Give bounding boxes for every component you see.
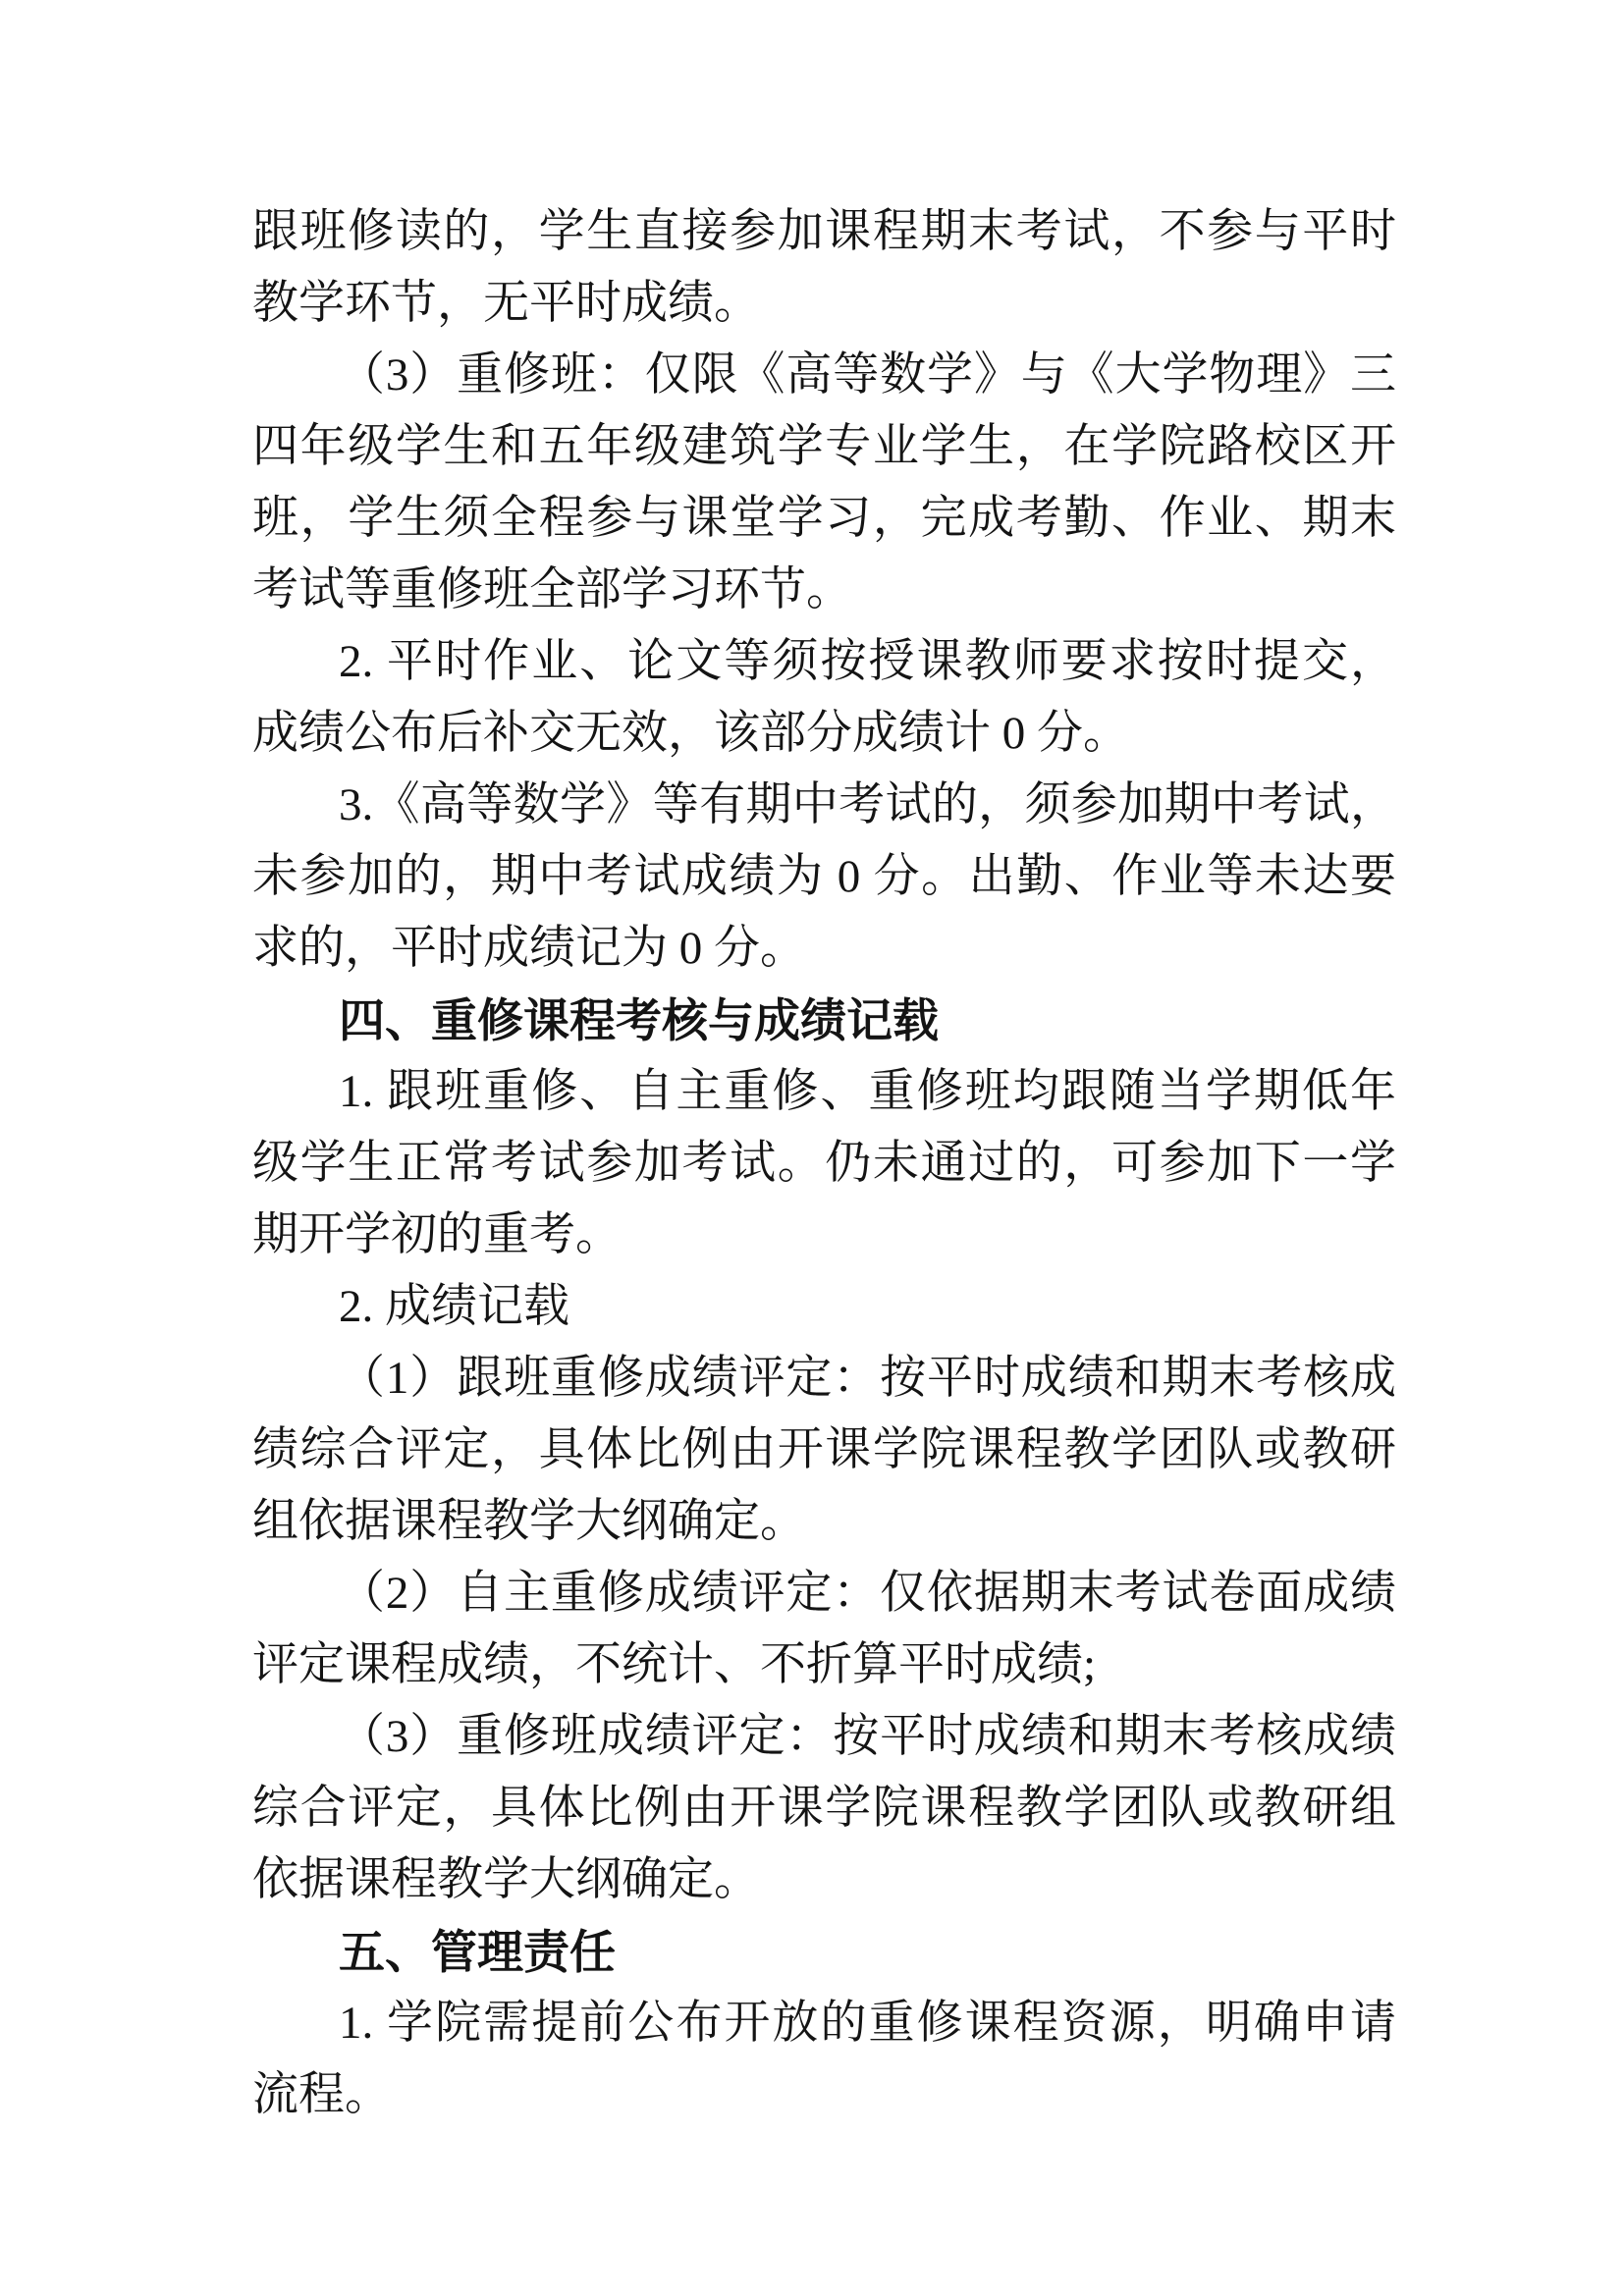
document-page: 跟班修读的，学生直接参加课程期末考试，不参与平时教学环节，无平时成绩。 （3）重… (0, 0, 1624, 2296)
paragraph-item-1-exam: 1. 跟班重修、自主重修、重修班均跟随当学期低年级学生正常考试参加考试。仍未通过… (252, 1056, 1396, 1271)
paragraph-item-2-homework: 2. 平时作业、论文等须按授课教师要求按时提交，成绩公布后补交无效，该部分成绩计… (252, 626, 1396, 770)
paragraph-item-grade-2: （2）自主重修成绩评定：仅依据期末考试卷面成绩评定课程成绩，不统计、不折算平时成… (252, 1558, 1396, 1701)
paragraph-item-3-restudy-class: （3）重修班：仅限《高等数学》与《大学物理》三四年级学生和五年级建筑学专业学生，… (252, 340, 1396, 626)
section-heading-4: 四、重修课程考核与成绩记载 (252, 985, 1396, 1056)
paragraph-item-2-grade-record: 2. 成绩记载 (252, 1271, 1396, 1343)
paragraph-item-1-resources: 1. 学院需提前公布开放的重修课程资源，明确申请流程。 (252, 1988, 1396, 2131)
section-heading-5: 五、管理责任 (252, 1916, 1396, 1988)
document-body: 跟班修读的，学生直接参加课程期末考试，不参与平时教学环节，无平时成绩。 （3）重… (252, 196, 1396, 2131)
paragraph-item-3-midterm: 3.《高等数学》等有期中考试的，须参加期中考试，未参加的，期中考试成绩为 0 分… (252, 770, 1396, 985)
paragraph-item-grade-3: （3）重修班成绩评定：按平时成绩和期末考核成绩综合评定，具体比例由开课学院课程教… (252, 1701, 1396, 1916)
paragraph-continuation: 跟班修读的，学生直接参加课程期末考试，不参与平时教学环节，无平时成绩。 (252, 196, 1396, 340)
paragraph-item-grade-1: （1）跟班重修成绩评定：按平时成绩和期末考核成绩综合评定，具体比例由开课学院课程… (252, 1343, 1396, 1558)
